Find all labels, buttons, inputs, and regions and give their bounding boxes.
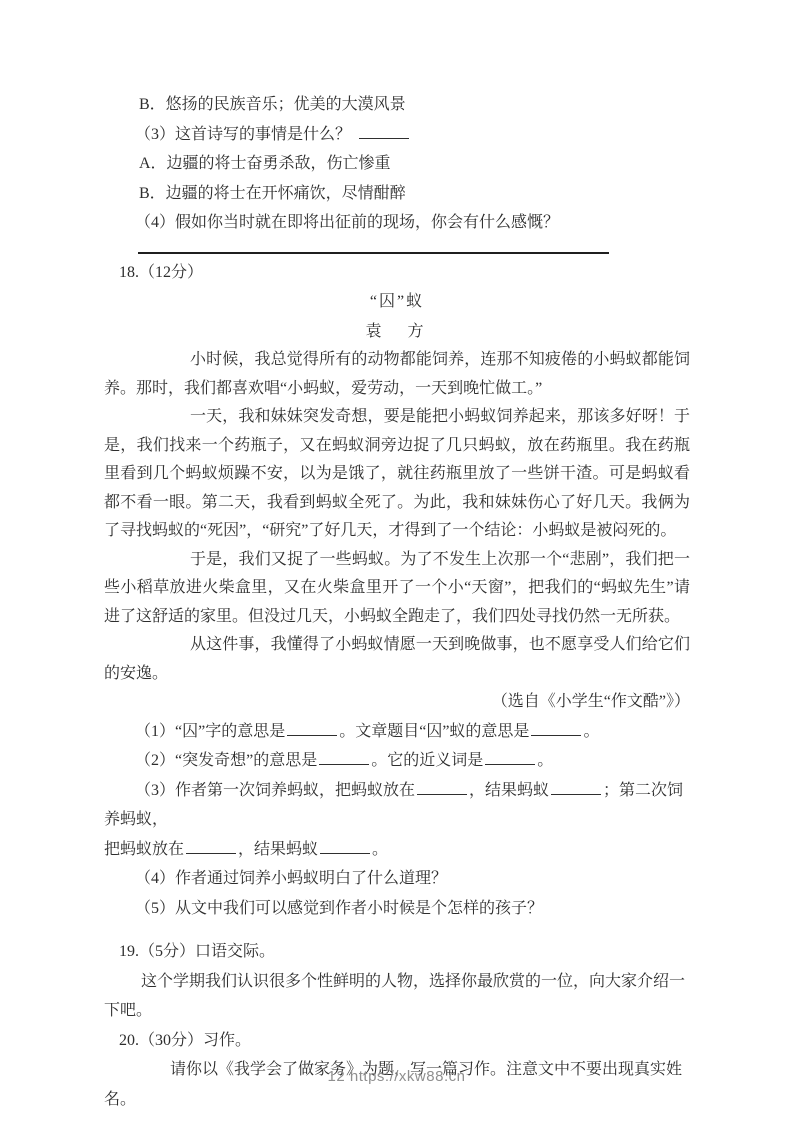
answer-rule-line (138, 238, 609, 254)
sub-question-1-text: 。文章题目“囚”蚁的意思是 (339, 723, 529, 740)
sub-question-2: （2）“突发奇想”的意思是。它的近义词是。 (104, 746, 690, 776)
sub-question-1-text: （1）“囚”字的意思是 (135, 723, 285, 740)
prev-option-b-music: B．悠扬的民族音乐；优美的大漠风景 (104, 90, 690, 120)
passage-paragraph: 于是，我们又捉了一些蚂蚁。为了不发生上次那一个“悲剧”，我们把一些小稻草放进火柴… (104, 546, 690, 632)
answer-blank (319, 751, 369, 765)
sub-question-2-text: 。 (537, 752, 553, 769)
sub-question-1-text: 。 (583, 723, 599, 740)
prev-option-a-text: A．边疆的将士奋勇杀敌，伤亡惨重 (139, 155, 391, 172)
exam-paper-page: B．悠扬的民族音乐；优美的大漠风景 （3）这首诗写的事情是什么？ A．边疆的将士… (0, 0, 793, 1122)
answer-blank (417, 781, 467, 795)
prev-sub-question-4: （4）假如你当时就在即将出征前的现场，你会有什么感慨？ (104, 208, 690, 238)
sub-question-1: （1）“囚”字的意思是。文章题目“囚”蚁的意思是。 (104, 717, 690, 747)
question-19: 19.（5分）口语交际。 这个学期我们认识很多个性鲜明的人物，选择你最欣赏的一位… (104, 937, 690, 1026)
answer-blank (320, 840, 370, 854)
answer-blank (186, 840, 236, 854)
q20-number: 20.（30分）习作。 (104, 1026, 690, 1056)
sub-question-3-text: 把蚂蚁放在 (104, 841, 184, 858)
prev-option-b: B．边疆的将士在开怀痛饮，尽情酣醉 (104, 179, 690, 209)
answer-blank (551, 781, 601, 795)
passage-source: （选自《小学生“作文酷”》） (104, 688, 690, 717)
sub-question-4: （4）作者通过饲养小蚂蚁明白了什么道理？ (104, 864, 690, 894)
q19-prompt: 这个学期我们认识很多个性鲜明的人物，选择你最欣赏的一位，向大家介绍一下吧。 (104, 967, 690, 1026)
sub-question-2-text: （2）“突发奇想”的意思是 (135, 752, 317, 769)
prev-option-a: A．边疆的将士奋勇杀敌，伤亡惨重 (104, 149, 690, 179)
q19-number: 19.（5分）口语交际。 (104, 937, 690, 967)
passage-paragraph: 小时候，我总觉得所有的动物都能饲养，连那不知疲倦的小蚂蚁都能饲养。那时，我们都喜… (104, 346, 690, 403)
prev-option-b-music-text: B．悠扬的民族音乐；优美的大漠风景 (139, 96, 406, 113)
prev-option-b-text: B．边疆的将士在开怀痛饮，尽情酣醉 (139, 185, 406, 202)
prev-q3-text: （3）这首诗写的事情是什么？ (135, 126, 351, 143)
passage-title: “囚”蚁 (104, 287, 690, 317)
passage-author: 袁 方 (104, 317, 690, 347)
sub-question-2-text: 。它的近义词是 (371, 752, 483, 769)
page-footer: 12 https://xkw88.cn (0, 1068, 793, 1085)
page-content: B．悠扬的民族音乐；优美的大漠风景 （3）这首诗写的事情是什么？ A．边疆的将士… (0, 0, 793, 1114)
answer-blank (287, 722, 337, 736)
sub-question-3-text: （3）作者第一次饲养蚂蚁，把蚂蚁放在 (135, 782, 415, 799)
passage-paragraph: 从这件事，我懂得了小蚂蚁情愿一天到晚做事，也不愿享受人们给它们的安逸。 (104, 631, 690, 688)
q18-number: 18.（12分） (104, 258, 690, 288)
prev-q4-text: （4）假如你当时就在即将出征前的现场，你会有什么感慨？ (135, 214, 559, 231)
passage-paragraph: 一天，我和妹妹突发奇想，要是能把小蚂蚁饲养起来，那该多好呀！于是，我们找来一个药… (104, 403, 690, 546)
sub-question-5: （5）从文中我们可以感觉到作者小时候是个怎样的孩子？ (104, 894, 690, 924)
prev-sub-question-3: （3）这首诗写的事情是什么？ (104, 120, 690, 150)
sub-question-3: （3）作者第一次饲养蚂蚁，把蚂蚁放在，结果蚂蚁；第二次饲养蚂蚁， (104, 776, 690, 835)
answer-blank (359, 125, 409, 139)
answer-blank (531, 722, 581, 736)
reading-passage: “囚”蚁 袁 方 小时候，我总觉得所有的动物都能饲养，连那不知疲倦的小蚂蚁都能饲… (104, 287, 690, 717)
sub-question-3-text: ，结果蚂蚁 (469, 782, 549, 799)
q18-number-text: 18.（12分） (119, 264, 203, 281)
sub-question-3-continued: 把蚂蚁放在，结果蚂蚁。 (104, 835, 690, 865)
sub-question-3-text: 。 (372, 841, 388, 858)
sub-question-3-text: ，结果蚂蚁 (238, 841, 318, 858)
answer-blank (485, 751, 535, 765)
